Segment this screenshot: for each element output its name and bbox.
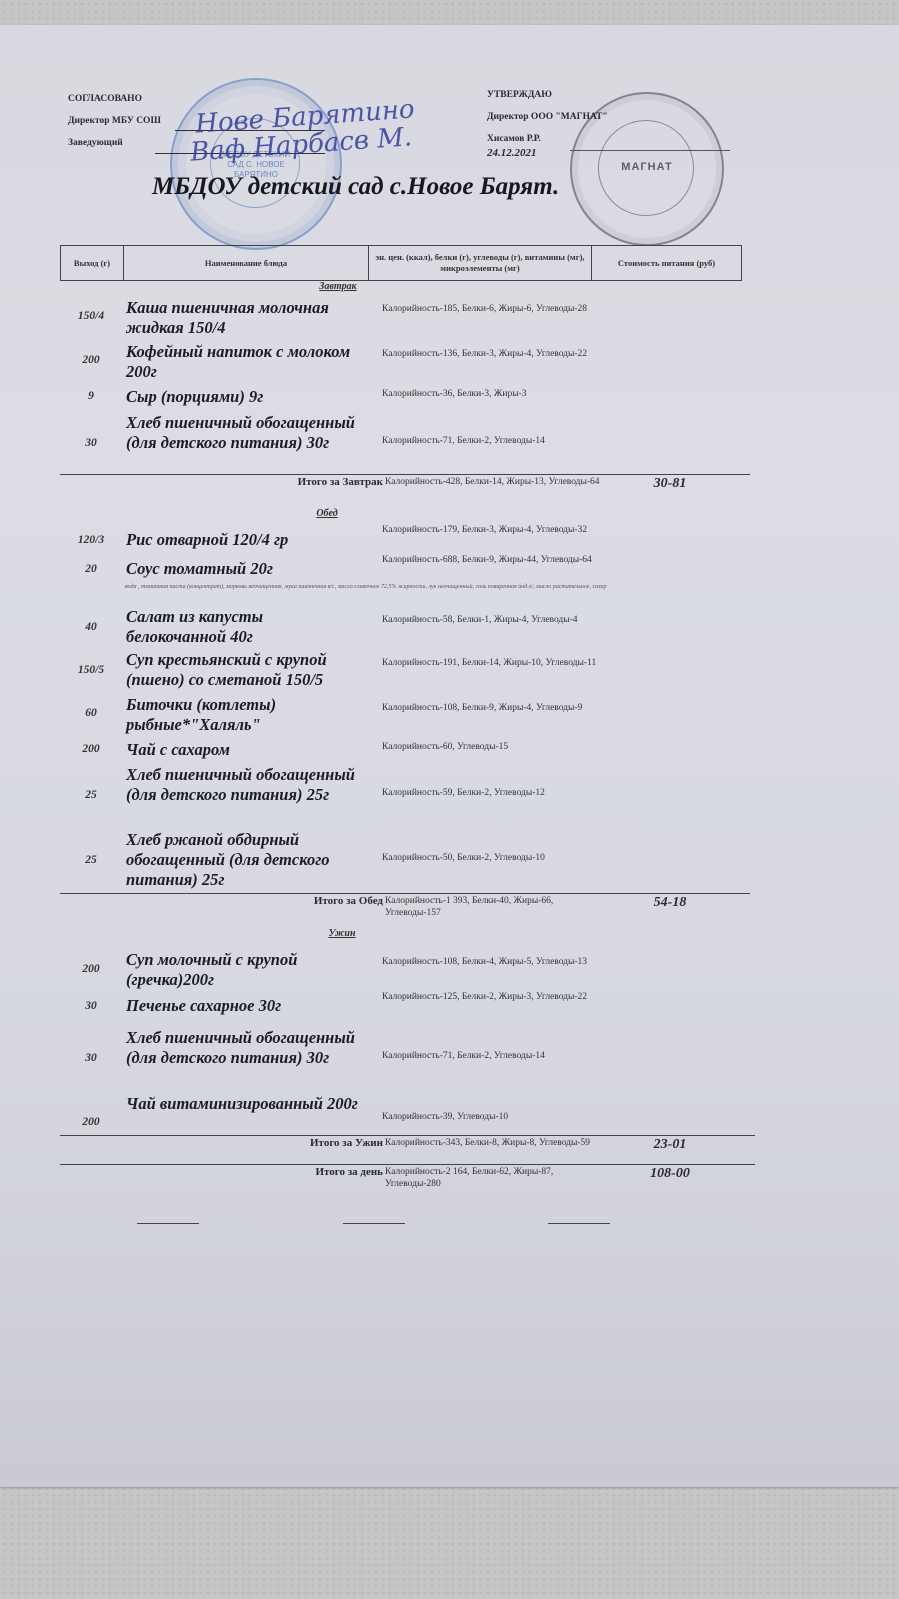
- agreed-director-label: Директор МБУ СОШ: [68, 110, 161, 132]
- total-cost: 23-01: [620, 1137, 720, 1153]
- item-output: 30: [60, 437, 122, 449]
- item-name: Салат из капусты белокочанной 40г: [126, 607, 326, 647]
- item-nutrition: Калорийность-108, Белки-4, Жиры-5, Углев…: [382, 956, 597, 968]
- item-name: Чай витаминизированный 200г: [126, 1094, 371, 1114]
- total-nutrition: Калорийность-343, Белки-8, Жиры-8, Углев…: [385, 1137, 600, 1149]
- item-name: Печенье сахарное 30г: [126, 996, 371, 1016]
- item-output: 200: [60, 354, 122, 366]
- column-header-dish: Наименование блюда: [124, 246, 369, 280]
- company-stamp-text: МАГНАТ: [572, 162, 722, 172]
- item-output: 200: [60, 743, 122, 755]
- table-header: Выход (г) Наименование блюда эн. цен. (к…: [60, 245, 742, 281]
- bottom-signature-line-1: [137, 1223, 199, 1224]
- day-total-cost: 108-00: [620, 1166, 720, 1182]
- item-nutrition: Калорийность-185, Белки-6, Жиры-6, Углев…: [382, 303, 597, 315]
- item-name: Суп крестьянский с крупой (пшено) со сме…: [126, 650, 371, 690]
- item-nutrition: Калорийность-59, Белки-2, Углеводы-12: [382, 787, 597, 799]
- item-output: 60: [60, 707, 122, 719]
- item-name: Соус томатный 20г: [126, 559, 371, 579]
- item-output: 30: [60, 1052, 122, 1064]
- item-output: 120/3: [60, 534, 122, 546]
- column-header-output: Выход (г): [61, 246, 124, 280]
- agreed-head-label: Заведующий: [68, 132, 161, 154]
- bottom-signature-line-2: [343, 1223, 405, 1224]
- approval-date: 24.12.2021: [487, 146, 608, 160]
- section-title-dinner: Ужин: [328, 928, 355, 939]
- item-output: 40: [60, 621, 122, 633]
- day-total-nutrition: Калорийность-2 164, Белки-62, Жиры-87, У…: [385, 1166, 600, 1190]
- agreed-label: СОГЛАСОВАНО: [68, 88, 161, 110]
- item-nutrition: Калорийность-36, Белки-3, Жиры-3: [382, 388, 597, 400]
- signature-line-approver: [570, 150, 730, 151]
- item-output: 25: [60, 854, 122, 866]
- item-nutrition: Калорийность-58, Белки-1, Жиры-4, Углево…: [382, 614, 597, 626]
- item-nutrition: Калорийность-60, Углеводы-15: [382, 741, 597, 753]
- item-nutrition: Калорийность-108, Белки-9, Жиры-4, Углев…: [382, 702, 597, 714]
- item-nutrition: Калорийность-39, Углеводы-10: [382, 1111, 597, 1123]
- item-name: Чай с сахаром: [126, 740, 371, 760]
- section-title-breakfast: Завтрак: [319, 281, 356, 292]
- document-title: МБДОУ детский сад с.Новое Барят.: [152, 173, 559, 201]
- item-output: 150/4: [60, 310, 122, 322]
- bottom-signature-line-3: [548, 1223, 610, 1224]
- item-nutrition: Калорийность-71, Белки-2, Углеводы-14: [382, 1050, 597, 1062]
- item-name: Хлеб пшеничный обогащенный (для детского…: [126, 765, 366, 805]
- item-output: 200: [60, 1116, 122, 1128]
- agreed-block: СОГЛАСОВАНО Директор МБУ СОШ Заведующий: [68, 88, 161, 154]
- total-label: Итого за Ужин: [310, 1137, 383, 1149]
- item-nutrition: Калорийность-71, Белки-2, Углеводы-14: [382, 435, 597, 447]
- item-nutrition: Калорийность-50, Белки-2, Углеводы-10: [382, 852, 597, 864]
- item-name: Хлеб ржаной обдирный обогащенный (для де…: [126, 830, 366, 890]
- item-nutrition: Калорийность-688, Белки-9, Жиры-44, Угле…: [382, 554, 597, 566]
- total-cost: 54-18: [620, 895, 720, 911]
- approve-label: УТВЕРЖДАЮ: [487, 84, 608, 106]
- total-cost: 30-81: [620, 476, 720, 492]
- column-header-cost: Стоимость питания (руб): [592, 246, 741, 280]
- total-nutrition: Калорийность-428, Белки-14, Жиры-13, Угл…: [385, 476, 600, 488]
- item-nutrition: Калорийность-179, Белки-3, Жиры-4, Углев…: [382, 524, 597, 536]
- lunch-total-row: Итого за Обед Калорийность-1 393, Белки-…: [60, 893, 750, 924]
- item-output: 200: [60, 963, 122, 975]
- item-name: Рис отварной 120/4 гр: [126, 530, 371, 550]
- day-total-row: Итого за день Калорийность-2 164, Белки-…: [60, 1164, 755, 1195]
- total-label: Итого за Завтрак: [298, 476, 383, 488]
- approve-director-label: Директор ООО "МАГНАТ": [487, 106, 608, 128]
- item-output: 30: [60, 1000, 122, 1012]
- section-title-lunch: Обед: [316, 508, 337, 519]
- item-nutrition: Калорийность-125, Белки-2, Жиры-3, Углев…: [382, 991, 597, 1003]
- item-name: Суп молочный с крупой (гречка)200г: [126, 950, 346, 990]
- total-nutrition: Калорийность-1 393, Белки-40, Жиры-66, У…: [385, 895, 600, 919]
- item-name: Кофейный напиток с молоком 200г: [126, 342, 371, 382]
- column-header-nutrition: эн. цен. (ккал), белки (г), углеводы (г)…: [369, 246, 592, 280]
- item-name: Хлеб пшеничный обогащенный (для детского…: [126, 413, 366, 453]
- item-nutrition: Калорийность-191, Белки-14, Жиры-10, Угл…: [382, 657, 597, 669]
- item-nutrition: Калорийность-136, Белки-3, Жиры-4, Углев…: [382, 348, 597, 360]
- item-output: 150/5: [60, 664, 122, 676]
- breakfast-total-row: Итого за Завтрак Калорийность-428, Белки…: [60, 474, 750, 505]
- item-output: 9: [60, 390, 122, 402]
- dinner-total-row: Итого за Ужин Калорийность-343, Белки-8,…: [60, 1135, 755, 1166]
- approver-name: Хисамов Р.Р.: [487, 132, 608, 146]
- item-name: Хлеб пшеничный обогащенный (для детского…: [126, 1028, 366, 1068]
- approve-block: УТВЕРЖДАЮ Директор ООО "МАГНАТ" Хисамов …: [487, 84, 608, 160]
- item-output: 20: [60, 563, 122, 575]
- total-label: Итого за Обед: [314, 895, 383, 907]
- sauce-composition-note: вода , томатная паста (концентрат), морк…: [125, 583, 615, 592]
- item-name: Каша пшеничная молочная жидкая 150/4: [126, 298, 371, 338]
- item-name: Сыр (порциями) 9г: [126, 387, 371, 407]
- item-output: 25: [60, 789, 122, 801]
- day-total-label: Итого за день: [315, 1166, 383, 1178]
- item-name: Биточки (котлеты) рыбные*"Халяль": [126, 695, 326, 735]
